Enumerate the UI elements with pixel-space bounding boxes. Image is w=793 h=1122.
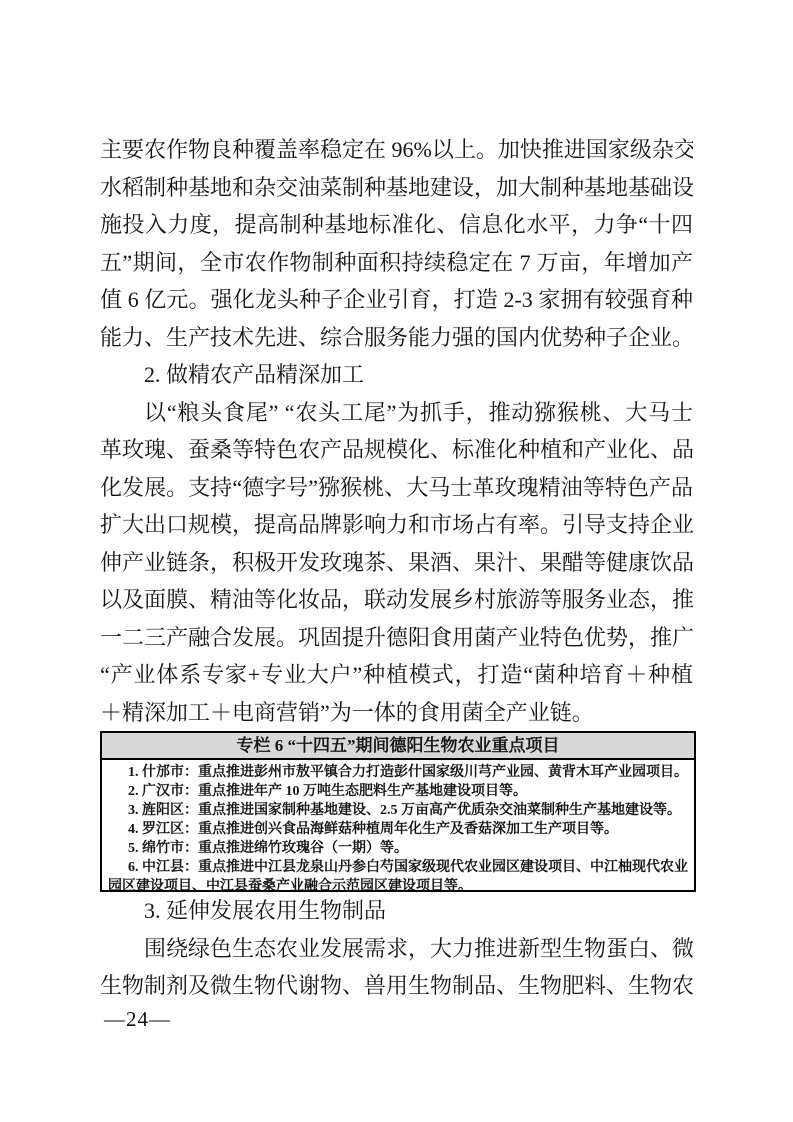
paragraph-2-line: 伸产业链条，积极开发玫瑰茶、果酒、果汁、果醋等健康饮品， [100,544,693,582]
paragraph-1-line: 水稻制种基地和杂交油菜制种基地建设，加大制种基地基础设 [100,169,693,207]
paragraph-2-line: 一二三产融合发展。巩固提升德阳食用菌产业特色优势，推广 [100,619,693,657]
paragraph-2-line: “产业体系专家+专业大户”种植模式，打造“菌种培育＋种植 [100,656,693,694]
panel-item: 5. 绵竹市：重点推进绵竹玫瑰谷（一期）等。 [108,839,688,858]
section-heading-3: 3. 延伸发展农用生物制品 [100,892,693,930]
panel-item: 6. 中江县：重点推进中江县龙泉山丹参白芍国家级现代农业园区建设项目、中江柚现代… [108,858,688,892]
page-content: 主要农作物良种覆盖率稳定在 96%以上。加快推进国家级杂交 水稻制种基地和杂交油… [100,131,693,1005]
paragraph-2-line: 以及面膜、精油等化妆品，联动发展乡村旅游等服务业态，推动 [100,581,693,619]
paragraph-2-line: ＋精深加工＋电商营销”为一体的食用菌全产业链。 [100,694,693,732]
paragraph-3-line: 生物制剂及微生物代谢物、兽用生物制品、生物肥料、生物农 [100,967,693,1005]
paragraph-1-line: 主要农作物良种覆盖率稳定在 96%以上。加快推进国家级杂交 [100,131,693,169]
panel-item: 3. 旌阳区：重点推进国家制种基地建设、2.5 万亩高产优质杂交油菜制种生产基地… [108,801,688,820]
panel-item: 2. 广汉市：重点推进年产 10 万吨生态肥料生产基地建设项目等。 [108,782,688,801]
panel-item: 1. 什邡市：重点推进彭州市敖平镇合力打造彭什国家级川芎产业园、黄背木耳产业园项… [108,763,688,782]
section-heading-2: 2. 做精农产品精深加工 [100,356,693,394]
paragraph-2-line: 化发展。支持“德字号”猕猴桃、大马士革玫瑰精油等特色产品 [100,469,693,507]
project-panel-body: 1. 什邡市：重点推进彭州市敖平镇合力打造彭什国家级川芎产业园、黄背木耳产业园项… [102,760,694,892]
paragraph-2-line: 扩大出口规模，提高品牌影响力和市场占有率。引导支持企业延 [100,506,693,544]
paragraph-2-line: 革玫瑰、蚕桑等特色农产品规模化、标准化种植和产业化、品牌 [100,431,693,469]
paragraph-1-line: 施投入力度，提高制种基地标准化、信息化水平，力争“十四 [100,206,693,244]
paragraph-3-line: 围绕绿色生态农业发展需求，大力推进新型生物蛋白、微 [100,930,693,968]
project-panel-box: 专栏 6 “十四五”期间德阳生物农业重点项目 1. 什邡市：重点推进彭州市敖平镇… [100,731,696,892]
document-page: 主要农作物良种覆盖率稳定在 96%以上。加快推进国家级杂交 水稻制种基地和杂交油… [0,0,793,1122]
page-number: —24— [104,1005,171,1033]
paragraph-1-line: 五”期间，全市农作物制种面积持续稳定在 7 万亩，年增加产 [100,244,693,282]
paragraph-1-line: 值 6 亿元。强化龙头种子企业引育，打造 2-3 家拥有较强育种 [100,281,693,319]
project-panel-title: 专栏 6 “十四五”期间德阳生物农业重点项目 [102,733,694,760]
paragraph-1-line: 能力、生产技术先进、综合服务能力强的国内优势种子企业。 [100,319,693,357]
panel-item: 4. 罗江区：重点推进创兴食品海鲜菇种植周年化生产及香菇深加工生产项目等。 [108,820,688,839]
paragraph-2-line: 以“粮头食尾” “农头工尾”为抓手，推动猕猴桃、大马士 [100,394,693,432]
